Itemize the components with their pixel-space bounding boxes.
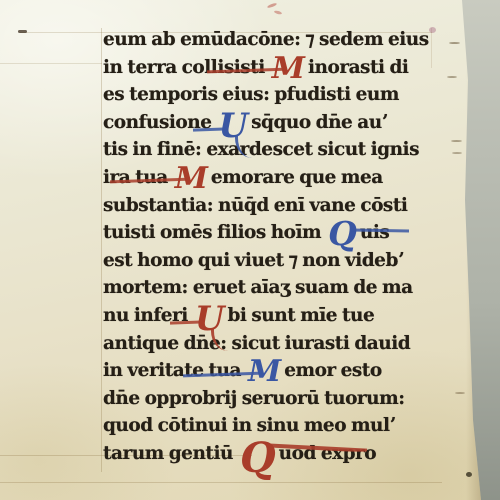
manuscript-line: substantia: nūq̄d enī vane cōsti [103, 192, 448, 220]
edge-tick [452, 152, 462, 154]
line-text: eum ab emūdacōne: ⁊ sedem eius [103, 29, 429, 50]
line-text: antique dn̄e: sicut iurasti dauid [103, 333, 410, 354]
manuscript-page: eum ab emūdacōne: ⁊ sedem eius in terra … [0, 0, 482, 500]
line-text: mortem: eruet aīaʒ suam de ma [103, 277, 413, 298]
red-bleed-mark [274, 10, 283, 15]
text-block: eum ab emūdacōne: ⁊ sedem eius in terra … [103, 26, 448, 468]
manuscript-line: eum ab emūdacōne: ⁊ sedem eius [103, 26, 448, 54]
line-text: tuisti omēs filios hoīm [103, 222, 321, 243]
ruling-line-bottom-2 [0, 482, 442, 483]
line-text: tarum gentiū [103, 443, 233, 464]
line-text: ira tua [103, 167, 168, 188]
manuscript-line: mortem: eruet aīaʒ suam de ma [103, 274, 448, 302]
edge-tick [451, 140, 462, 142]
edge-tick [455, 392, 465, 394]
line-text: emorare que mea [211, 167, 383, 188]
line-text: in terra collisisti [103, 57, 265, 78]
line-text: in veritate tua [103, 360, 241, 381]
line-text: substantia: nūq̄d enī vane cōsti [103, 195, 407, 216]
line-text: emor esto [284, 360, 381, 381]
manuscript-line: tis in finē: exardescet sicut ignis [103, 136, 448, 164]
manuscript-line: tuisti omēs filios hoīmQuis [103, 219, 448, 247]
page-edge-shadow [466, 0, 482, 500]
line-text: est homo qui viuet ⁊ non videbʼ [103, 250, 404, 271]
line-text: sq̄quo dn̄e auʼ [251, 112, 388, 133]
manuscript-line: ira tuaMemorare que mea [103, 164, 448, 192]
ruling-line-margin [0, 63, 102, 64]
manuscript-line: confusioneUsq̄quo dn̄e auʼ [103, 109, 448, 137]
manuscript-line: tarum gentiūQuod expro [103, 440, 448, 468]
line-text: inorasti di [308, 57, 408, 78]
ruling-line-vertical-left [101, 28, 102, 472]
edge-tick [449, 42, 460, 44]
line-text: tis in finē: exardescet sicut ignis [103, 139, 419, 160]
line-text: uis [360, 222, 389, 243]
manuscript-line: nu inferiUbi sunt mīe tue [103, 302, 448, 330]
edge-tick [447, 76, 457, 78]
manuscript-line: in terra collisistiMinorasti di [103, 54, 448, 82]
line-text: es temporis eius: pfudisti eum [103, 84, 399, 105]
line-text: dn̄e opprobrij seruorū tuorum: [103, 388, 405, 409]
manuscript-line: est homo qui viuet ⁊ non videbʼ [103, 247, 448, 275]
manuscript-line: in veritate tuaMemor esto [103, 357, 448, 385]
red-bleed-mark [267, 2, 277, 8]
manuscript-line: antique dn̄e: sicut iurasti dauid [103, 330, 448, 358]
ink-speck [18, 30, 27, 33]
line-text: bi sunt mīe tue [227, 305, 374, 326]
